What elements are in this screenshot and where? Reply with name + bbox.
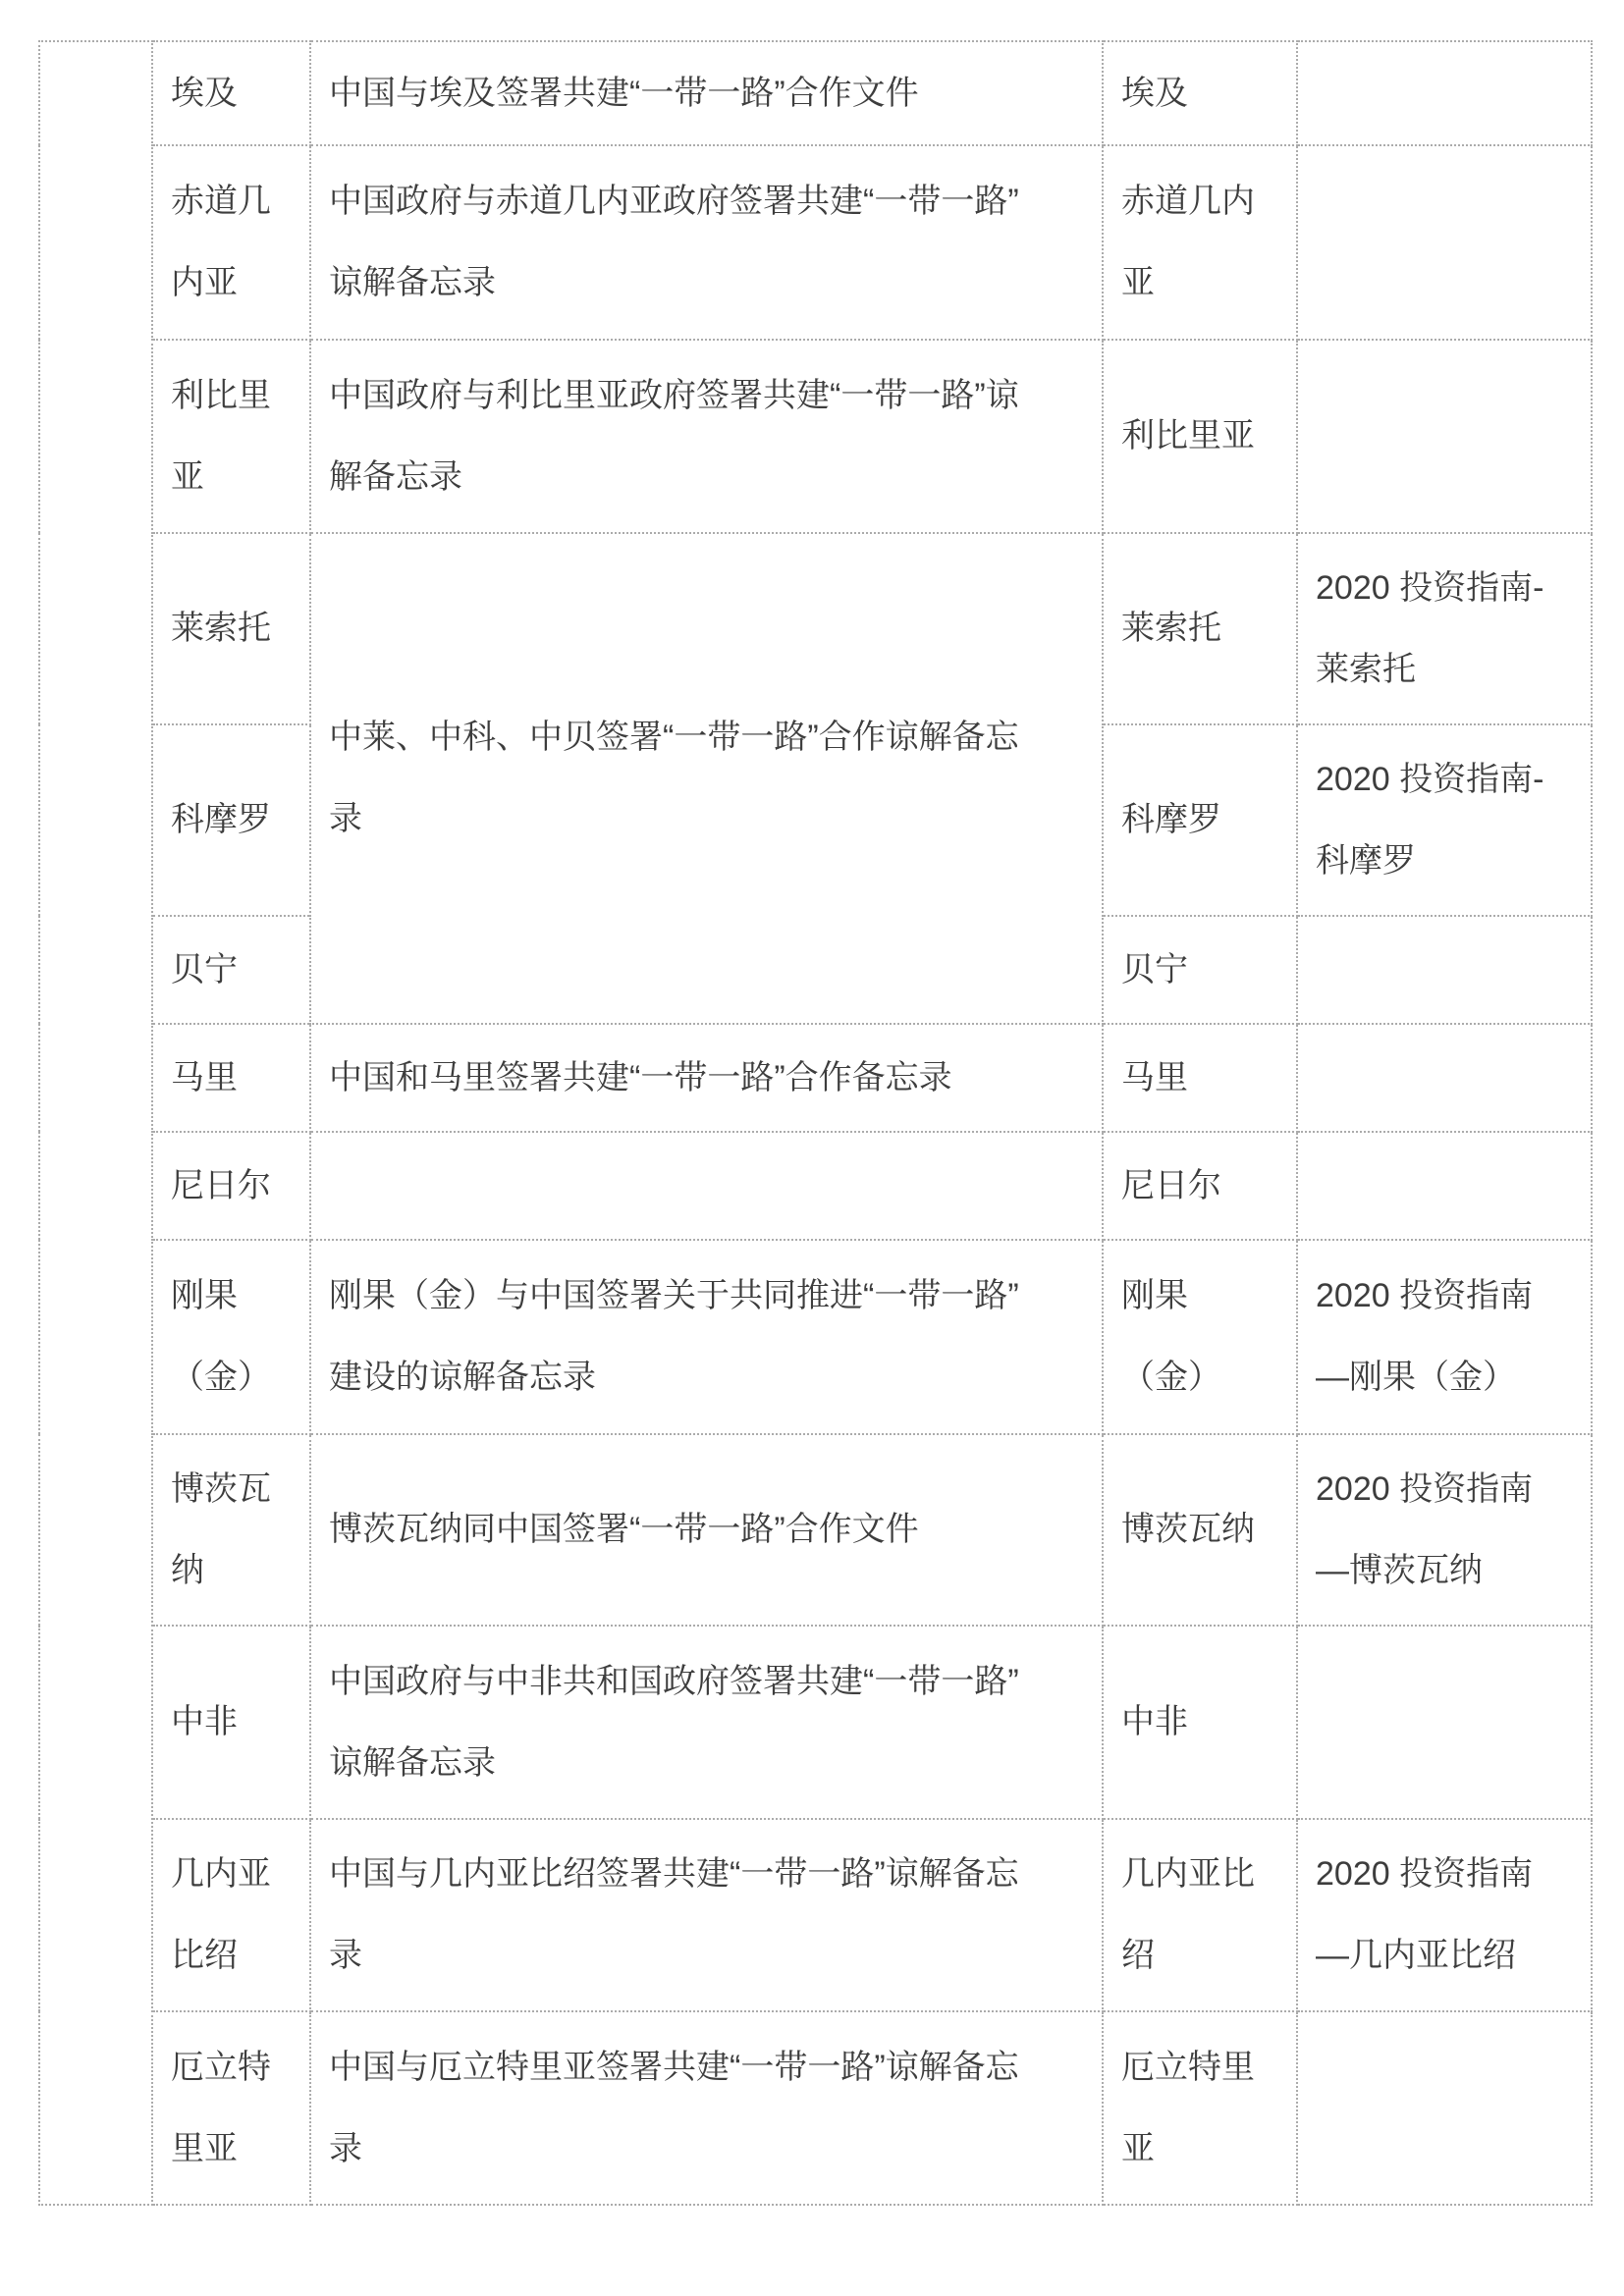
document-cell: 中国与厄立特里亚签署共建“一带一路”谅解备忘 录 [310,2011,1103,2205]
table-row: 莱索托 中莱、中科、中贝签署“一带一路”合作谅解备忘 录 莱索托 2020 投资… [39,533,1592,724]
index-column-cell [39,41,152,2205]
country-cell: 贝宁 [152,916,310,1024]
country-ref-cell: 刚果 （金） [1103,1240,1297,1434]
table-row: 厄立特 里亚 中国与厄立特里亚签署共建“一带一路”谅解备忘 录 厄立特里 亚 [39,2011,1592,2205]
country-cell: 赤道几 内亚 [152,145,310,340]
guide-cell: 2020 投资指南 —几内亚比绍 [1297,1819,1592,2011]
document-cell: 中国与几内亚比绍签署共建“一带一路”谅解备忘 录 [310,1819,1103,2011]
country-ref-cell: 贝宁 [1103,916,1297,1024]
document-cell: 中国政府与利比里亚政府签署共建“一带一路”谅 解备忘录 [310,340,1103,533]
table-row: 几内亚 比绍 中国与几内亚比绍签署共建“一带一路”谅解备忘 录 几内亚比 绍 2… [39,1819,1592,2011]
document-page: 埃及 中国与埃及签署共建“一带一路”合作文件 埃及 赤道几 内亚 中国政府与赤道… [0,0,1624,2296]
table-row: 中非 中国政府与中非共和国政府签署共建“一带一路” 谅解备忘录 中非 [39,1626,1592,1819]
country-ref-cell: 几内亚比 绍 [1103,1819,1297,2011]
guide-cell [1297,1626,1592,1819]
document-cell-merged: 中莱、中科、中贝签署“一带一路”合作谅解备忘 录 [310,533,1103,1024]
country-cell: 博茨瓦 纳 [152,1434,310,1626]
country-cell: 刚果 （金） [152,1240,310,1434]
guide-cell [1297,916,1592,1024]
country-cell: 马里 [152,1024,310,1132]
country-ref-cell: 马里 [1103,1024,1297,1132]
document-cell: 中国政府与赤道几内亚政府签署共建“一带一路” 谅解备忘录 [310,145,1103,340]
table-row: 利比里 亚 中国政府与利比里亚政府签署共建“一带一路”谅 解备忘录 利比里亚 [39,340,1592,533]
table-row: 赤道几 内亚 中国政府与赤道几内亚政府签署共建“一带一路” 谅解备忘录 赤道几内… [39,145,1592,340]
document-cell: 中国和马里签署共建“一带一路”合作备忘录 [310,1024,1103,1132]
country-cell: 几内亚 比绍 [152,1819,310,2011]
guide-cell: 2020 投资指南- 科摩罗 [1297,724,1592,916]
country-ref-cell: 莱索托 [1103,533,1297,724]
table-row: 刚果 （金） 刚果（金）与中国签署关于共同推进“一带一路” 建设的谅解备忘录 刚… [39,1240,1592,1434]
country-cell: 厄立特 里亚 [152,2011,310,2205]
guide-cell: 2020 投资指南- 莱索托 [1297,533,1592,724]
country-ref-cell: 博茨瓦纳 [1103,1434,1297,1626]
table-row: 尼日尔 尼日尔 [39,1132,1592,1240]
country-cell: 利比里 亚 [152,340,310,533]
guide-cell [1297,1024,1592,1132]
guide-cell [1297,340,1592,533]
document-cell: 刚果（金）与中国签署关于共同推进“一带一路” 建设的谅解备忘录 [310,1240,1103,1434]
country-ref-cell: 中非 [1103,1626,1297,1819]
guide-cell [1297,41,1592,145]
guide-cell [1297,145,1592,340]
document-cell: 中国与埃及签署共建“一带一路”合作文件 [310,41,1103,145]
country-cell: 中非 [152,1626,310,1819]
country-cell: 埃及 [152,41,310,145]
guide-cell [1297,2011,1592,2205]
guide-cell: 2020 投资指南 —博茨瓦纳 [1297,1434,1592,1626]
country-ref-cell: 尼日尔 [1103,1132,1297,1240]
country-cell: 科摩罗 [152,724,310,916]
country-ref-cell: 厄立特里 亚 [1103,2011,1297,2205]
table-row: 埃及 中国与埃及签署共建“一带一路”合作文件 埃及 [39,41,1592,145]
table-row: 马里 中国和马里签署共建“一带一路”合作备忘录 马里 [39,1024,1592,1132]
cooperation-table: 埃及 中国与埃及签署共建“一带一路”合作文件 埃及 赤道几 内亚 中国政府与赤道… [38,40,1593,2206]
country-cell: 尼日尔 [152,1132,310,1240]
guide-cell: 2020 投资指南 —刚果（金） [1297,1240,1592,1434]
document-cell [310,1132,1103,1240]
guide-cell [1297,1132,1592,1240]
document-cell: 中国政府与中非共和国政府签署共建“一带一路” 谅解备忘录 [310,1626,1103,1819]
country-ref-cell: 利比里亚 [1103,340,1297,533]
country-ref-cell: 赤道几内 亚 [1103,145,1297,340]
document-cell: 博茨瓦纳同中国签署“一带一路”合作文件 [310,1434,1103,1626]
country-ref-cell: 科摩罗 [1103,724,1297,916]
country-ref-cell: 埃及 [1103,41,1297,145]
table-row: 博茨瓦 纳 博茨瓦纳同中国签署“一带一路”合作文件 博茨瓦纳 2020 投资指南… [39,1434,1592,1626]
country-cell: 莱索托 [152,533,310,724]
